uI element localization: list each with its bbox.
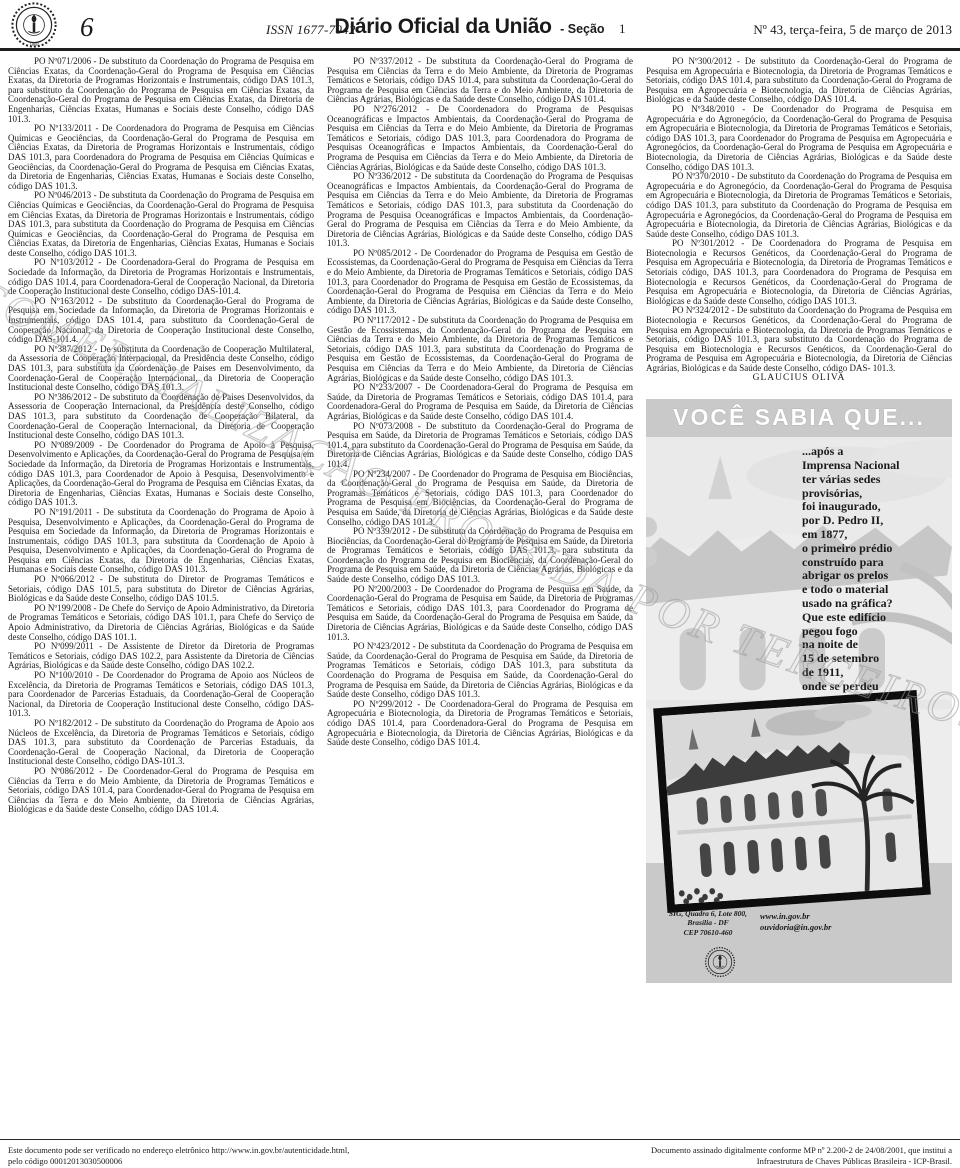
ordinance-paragraph: PO Nº386/2012 - De substituto da Coorden… bbox=[8, 393, 314, 441]
ordinance-paragraph: PO Nº348/2010 - De Coordenador do Progra… bbox=[646, 105, 952, 172]
footer-verification-line1: Este documento pode ser verificado no en… bbox=[8, 1145, 438, 1156]
page-header: 1808 6 ISSN 1677-7042 Diário Oficial da … bbox=[0, 0, 960, 48]
ordinance-paragraph: PO Nº423/2012 - De substituta da Coorden… bbox=[327, 642, 633, 700]
ordinance-paragraph: PO Nº046/2013 - De substituta da Coorden… bbox=[8, 191, 314, 258]
ordinance-paragraph: PO Nº199/2008 - De Chefe do Serviço de A… bbox=[8, 604, 314, 642]
header-rule bbox=[0, 48, 960, 51]
footer-signature-note: Documento assinado digitalmente conforme… bbox=[512, 1145, 952, 1166]
imprensa-nacional-seal-icon bbox=[704, 946, 736, 978]
ordinance-paragraph: PO Nº301/2012 - De Coordenadora do Progr… bbox=[646, 239, 952, 306]
ad-website: www.in.gov.br bbox=[760, 911, 831, 922]
ordinance-paragraph: PO Nº089/2009 - De Coordenador do Progra… bbox=[8, 441, 314, 508]
footer-signature-line2: Infraestrutura de Chaves Públicas Brasil… bbox=[512, 1156, 952, 1167]
signatory-name: GLAUCIUS OLIVA bbox=[646, 374, 952, 384]
section-label: - Seção bbox=[560, 22, 604, 36]
ordinance-paragraph: PO Nº276/2012 - De Coordenadora do Progr… bbox=[327, 105, 633, 172]
column-3: PO Nº300/2012 - De substituto da Coorden… bbox=[646, 57, 952, 1137]
ordinance-paragraph: PO Nº163/2012 - De substituto da Coorden… bbox=[8, 297, 314, 345]
ordinance-paragraph: PO Nº071/2006 - De substituto da Coorden… bbox=[8, 57, 314, 124]
ordinance-paragraph: PO Nº387/2012 - De substituta da Coorden… bbox=[8, 345, 314, 393]
ordinance-paragraph: PO Nº200/2003 - De Coordenador do Progra… bbox=[327, 585, 633, 643]
ordinance-paragraph: PO Nº339/2012 - De substituta da Coorden… bbox=[327, 527, 633, 585]
ordinance-paragraph: PO Nº085/2012 - De Coordenador do Progra… bbox=[327, 249, 633, 316]
ordinance-paragraph: PO Nº337/2012 - De substituta da Coorden… bbox=[327, 57, 633, 105]
ordinance-paragraph: PO Nº182/2012 - De substituto da Coorden… bbox=[8, 719, 314, 767]
footer-signature-line1: Documento assinado digitalmente conforme… bbox=[512, 1145, 952, 1156]
ordinance-paragraph: PO Nº073/2008 - De substituto da Coorden… bbox=[327, 422, 633, 470]
ordinance-paragraph: PO Nº234/2007 - De Coordenador do Progra… bbox=[327, 470, 633, 528]
ad-title-band: VOCÊ SABIA QUE... bbox=[646, 399, 952, 437]
ad-email: ouvidoria@in.gov.br bbox=[760, 922, 831, 933]
footer-verification-code: pelo código 00012013030500006 bbox=[8, 1156, 438, 1167]
ordinance-paragraph: PO Nº370/2010 - De substituto da Coorden… bbox=[646, 172, 952, 239]
edition-info: Nº 43, terça-feira, 5 de março de 2013 bbox=[753, 22, 952, 38]
building-fire-photo bbox=[653, 690, 931, 913]
column-2: PO Nº337/2012 - De substituta da Coorden… bbox=[327, 57, 633, 1137]
footer-rule bbox=[0, 1139, 960, 1140]
ordinance-paragraph: PO Nº100/2010 - De Coordenador do Progra… bbox=[8, 671, 314, 719]
ordinance-paragraph: PO Nº133/2011 - De Coordenadora do Progr… bbox=[8, 124, 314, 191]
ordinance-paragraph: PO Nº191/2011 - De substituta da Coorden… bbox=[8, 508, 314, 575]
footer-verification-note: Este documento pode ser verificado no en… bbox=[8, 1145, 438, 1166]
ad-body-text: ...após a Imprensa Nacional ter várias s… bbox=[802, 445, 948, 721]
ordinance-paragraph: PO Nº099/2011 - De Assistente de Diretor… bbox=[8, 642, 314, 671]
ordinance-paragraph: PO Nº299/2012 - De Coordenadora-Geral do… bbox=[327, 700, 633, 748]
ordinance-paragraph: PO Nº233/2007 - De Coordenadora-Geral do… bbox=[327, 383, 633, 421]
ordinance-paragraph: PO Nº300/2012 - De substituto da Coorden… bbox=[646, 57, 952, 105]
ordinance-paragraph: PO Nº103/2012 - De Coordenadora-Geral do… bbox=[8, 258, 314, 296]
section-number: 1 bbox=[619, 21, 626, 36]
ad-links: www.in.gov.br ouvidoria@in.gov.br bbox=[760, 911, 831, 933]
did-you-know-ad: VOCÊ SABIA QUE... ...após a Imprensa Nac… bbox=[646, 399, 952, 983]
ordinance-paragraph: PO Nº336/2012 - De substituta da Coorden… bbox=[327, 172, 633, 249]
ordinance-paragraph: PO Nº117/2012 - De substituta da Coorden… bbox=[327, 316, 633, 383]
column-1: PO Nº071/2006 - De substituto da Coorden… bbox=[8, 57, 314, 1137]
ordinance-paragraph: PO Nº066/2012 - De substituta do Diretor… bbox=[8, 575, 314, 604]
page-title: Diário Oficial da União bbox=[334, 15, 551, 38]
ordinance-paragraph: PO Nº086/2012 - De Coordenador-Geral do … bbox=[8, 767, 314, 815]
ordinance-paragraph: PO Nº324/2012 - De substituto da Coorden… bbox=[646, 306, 952, 373]
ad-title: VOCÊ SABIA QUE... bbox=[673, 413, 925, 423]
body-columns: PO Nº071/2006 - De substituto da Coorden… bbox=[8, 57, 952, 1137]
ad-address: SIG, Quadra 6, Lote 800, Brasília - DF C… bbox=[658, 909, 758, 938]
